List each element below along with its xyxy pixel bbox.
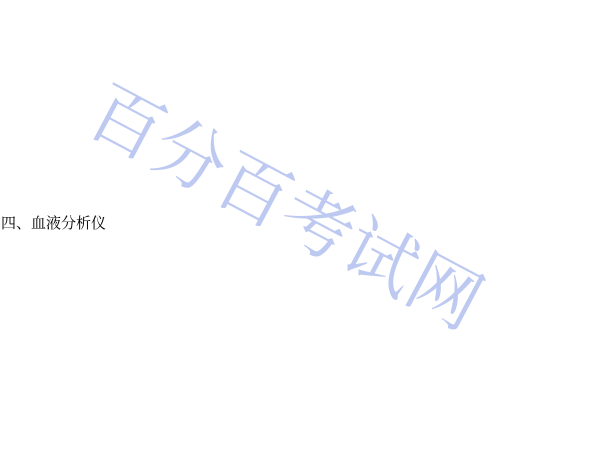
- watermark: 百分百考试网: [78, 74, 493, 340]
- section-label: 四、血液分析仪: [1, 214, 106, 232]
